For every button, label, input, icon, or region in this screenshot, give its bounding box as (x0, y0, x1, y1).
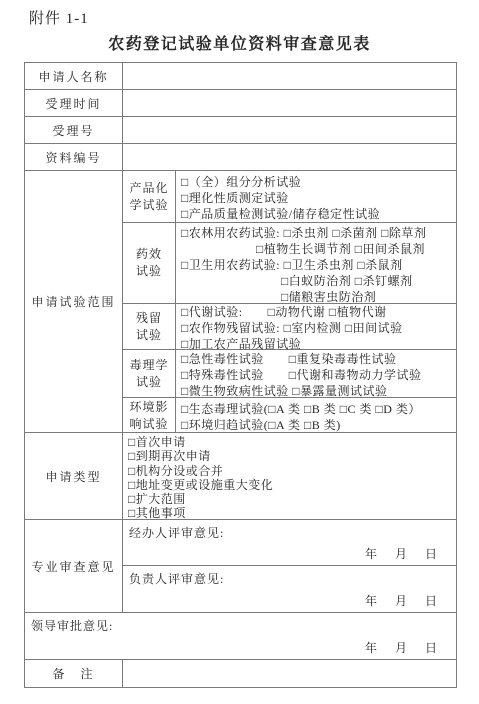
section-residue: 残留 试验 □代谢试验: □动物代谢 □植物代谢 □农作物残留试验: □室内检测… (123, 304, 456, 350)
checkbox-line: □急性毒性试验 □重复染毒毒性试验 (181, 351, 456, 367)
remarks-label: 备 注 (25, 660, 123, 687)
application-type-label: 申请类型 (25, 433, 123, 519)
section-options: □农林用农药试验: □杀虫剂 □杀菌剂 □除草剂 □植物生长调节剂 □田间杀鼠剂… (176, 223, 456, 303)
checkbox-line: □代谢试验: □动物代谢 □植物代谢 (181, 304, 456, 320)
checkbox-line: □环境归趋试验(□A 类 □B 类) (181, 417, 456, 433)
checkbox-line: □产品质量检测试验/储存稳定性试验 (181, 206, 456, 222)
checkbox-line: □卫生用农药试验: □卫生杀虫剂 □杀鼠剂 (181, 257, 456, 273)
table-row-material-number: 资料编号 (25, 144, 456, 171)
checkbox-line: □储粮害虫防治剂 (181, 289, 456, 305)
table-row-applicant-name: 申请人名称 (25, 63, 456, 90)
section-toxicology: 毒理学 试验 □急性毒性试验 □重复染毒毒性试验 □特殊毒性试验 □代谢和毒物动… (123, 350, 456, 398)
director-review-cell: 负责人评审意见: 年 月 日 (123, 566, 456, 612)
row-label: 资料编号 (25, 144, 123, 170)
section-options: □急性毒性试验 □重复染毒毒性试验 □特殊毒性试验 □代谢和毒物动力学试验 □微… (176, 350, 456, 397)
scope-sections: 产品化 学试验 □（全）组分分析试验 □理化性质测定试验 □产品质量检测试验/储… (123, 171, 456, 432)
section-product-chemistry: 产品化 学试验 □（全）组分分析试验 □理化性质测定试验 □产品质量检测试验/储… (123, 171, 456, 223)
row-value (123, 117, 456, 143)
checkbox-line: □植物生长调节剂 □田间杀鼠剂 (181, 241, 456, 257)
checkbox-line: □生态毒理试验(□A 类 □B 类 □C 类 □D 类） (181, 401, 456, 417)
row-label: 申请人名称 (25, 63, 123, 89)
professional-review-label: 专业审查意见 (25, 520, 123, 612)
table-row-accept-number: 受理号 (25, 117, 456, 144)
row-value (123, 90, 456, 116)
checkbox-line: □地址变更或设施重大变化 (128, 478, 456, 492)
scope-label: 申请试验范围 (25, 171, 123, 432)
table-row-leader-approval: 领导审批意见: 年 月 日 (25, 613, 456, 660)
handler-review-cell: 经办人评审意见: 年 月 日 (123, 520, 456, 566)
director-review-title: 负责人评审意见: (129, 570, 224, 587)
table-row-remarks: 备 注 (25, 660, 456, 687)
section-name: 药效 试验 (123, 223, 176, 303)
leader-approval-title: 领导审批意见: (31, 617, 113, 634)
checkbox-line: □机构分设或合并 (128, 464, 456, 478)
section-options: □代谢试验: □动物代谢 □植物代谢 □农作物残留试验: □室内检测 □田间试验… (176, 304, 456, 349)
handler-review-title: 经办人评审意见: (129, 524, 224, 541)
director-review-date: 年 月 日 (365, 592, 440, 609)
checkbox-line: □理化性质测定试验 (181, 190, 456, 206)
checkbox-line: □到期再次申请 (128, 449, 456, 463)
table-row-test-scope: 申请试验范围 产品化 学试验 □（全）组分分析试验 □理化性质测定试验 □产品质… (25, 171, 456, 433)
table-row-professional-review: 专业审查意见 经办人评审意见: 年 月 日 负责人评审意见: 年 月 日 (25, 520, 456, 613)
checkbox-line: □首次申请 (128, 435, 456, 449)
checkbox-line: □农林用农药试验: □杀虫剂 □杀菌剂 □除草剂 (181, 225, 456, 241)
row-value (123, 144, 456, 170)
section-efficacy: 药效 试验 □农林用农药试验: □杀虫剂 □杀菌剂 □除草剂 □植物生长调节剂 … (123, 223, 456, 304)
checkbox-line: □白蚁防治剂 □杀钉螺剂 (181, 273, 456, 289)
attachment-label: 附件 1-1 (29, 7, 89, 28)
section-options: □生态毒理试验(□A 类 □B 类 □C 类 □D 类） □环境归趋试验(□A … (176, 398, 456, 433)
page-title: 农药登记试验单位资料审查意见表 (0, 31, 479, 54)
review-form-table: 申请人名称 受理时间 受理号 资料编号 申请试验范围 产品化 学试验 □（全）组… (24, 62, 457, 688)
section-name: 产品化 学试验 (123, 171, 176, 222)
document-page: 附件 1-1 农药登记试验单位资料审查意见表 申请人名称 受理时间 受理号 资料… (0, 0, 479, 704)
professional-review-cells: 经办人评审意见: 年 月 日 负责人评审意见: 年 月 日 (123, 520, 456, 612)
section-name: 毒理学 试验 (123, 350, 176, 397)
leader-approval-date: 年 月 日 (365, 639, 440, 656)
application-type-options: □首次申请 □到期再次申请 □机构分设或合并 □地址变更或设施重大变化 □扩大范… (123, 433, 456, 519)
checkbox-line: □其他事项 (128, 506, 456, 520)
section-name: 残留 试验 (123, 304, 176, 349)
section-environment: 环境影 响试验 □生态毒理试验(□A 类 □B 类 □C 类 □D 类） □环境… (123, 398, 456, 433)
section-options: □（全）组分分析试验 □理化性质测定试验 □产品质量检测试验/储存稳定性试验 (176, 171, 456, 222)
checkbox-line: □（全）组分分析试验 (181, 174, 456, 190)
checkbox-line: □扩大范围 (128, 492, 456, 506)
remarks-value (123, 660, 456, 687)
row-value (123, 63, 456, 89)
checkbox-line: □农作物残留试验: □室内检测 □田间试验 (181, 320, 456, 336)
row-label: 受理号 (25, 117, 123, 143)
table-row-application-type: 申请类型 □首次申请 □到期再次申请 □机构分设或合并 □地址变更或设施重大变化… (25, 433, 456, 520)
section-name: 环境影 响试验 (123, 398, 176, 433)
checkbox-line: □微生物致病性试验 □暴露量测试试验 (181, 383, 456, 399)
checkbox-line: □特殊毒性试验 □代谢和毒物动力学试验 (181, 367, 456, 383)
row-label: 受理时间 (25, 90, 123, 116)
handler-review-date: 年 月 日 (365, 545, 440, 562)
table-row-accept-time: 受理时间 (25, 90, 456, 117)
